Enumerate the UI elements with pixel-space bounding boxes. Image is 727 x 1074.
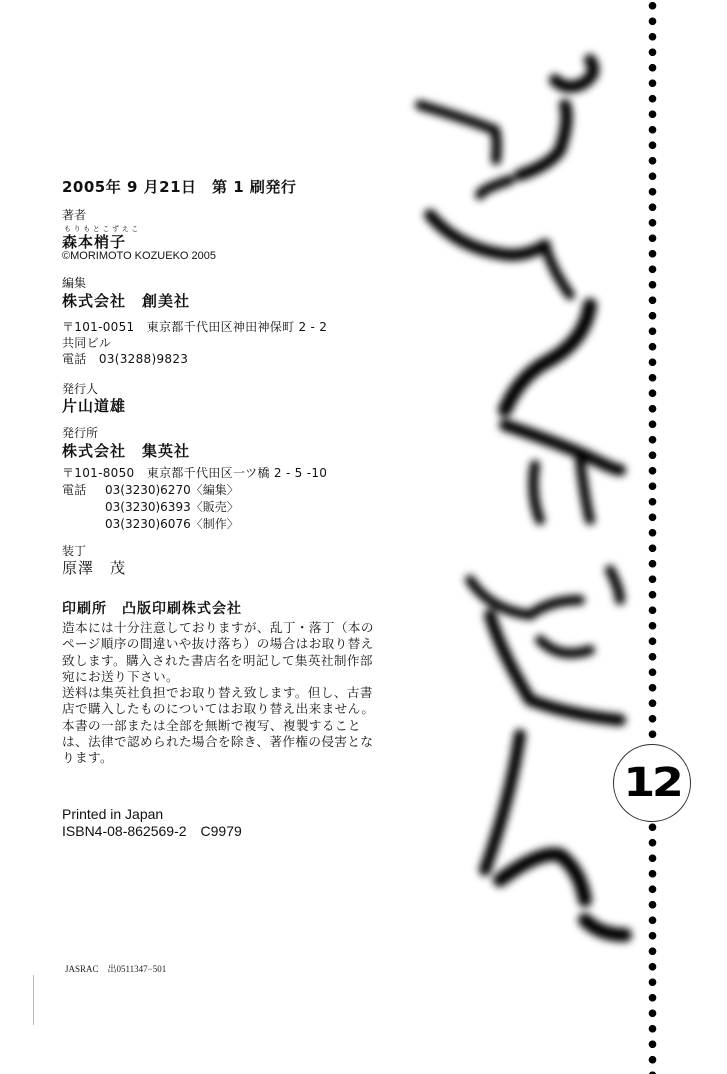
printer: 印刷所 凸版印刷株式会社 — [62, 598, 242, 618]
isbn: ISBN4-08-862569-2 C9979 — [62, 823, 242, 840]
jasrac-code: JASRAC 出0511347−501 — [65, 962, 166, 975]
author-name: 森本梢子 — [62, 231, 126, 252]
dotted-rule — [648, 0, 657, 1074]
publisher-tel-label: 電話 — [62, 481, 87, 498]
scan-gutter-line — [33, 975, 34, 1025]
publisher-label: 発行所 — [62, 424, 98, 441]
editor-company: 株式会社 創美社 — [62, 290, 190, 311]
title-shadow — [420, 60, 625, 935]
publisher-company: 株式会社 集英社 — [62, 440, 190, 461]
notice-paragraph-defects: 造本には十分注意しておりますが、乱丁・落丁（本のページ順序の間違いや抜け落ち）の… — [62, 620, 382, 685]
publisher-tel-sales: 03(3230)6393〈販売〉 — [105, 498, 239, 515]
publication-date: 2005年 9 月21日 第 1 刷発行 — [62, 176, 296, 197]
author-label: 著者 — [62, 206, 86, 223]
notice-text: 造本には十分注意しておりますが、乱丁・落丁（本のページ順序の間違いや抜け落ち）の… — [62, 620, 382, 767]
designer-name: 原澤 茂 — [62, 557, 126, 578]
print-info: Printed in Japan ISBN4-08-862569-2 C9979 — [62, 806, 242, 840]
title-art — [380, 0, 660, 1074]
editor-tel: 電話 03(3288)9823 — [62, 350, 188, 367]
publisher-person-name: 片山道雄 — [62, 395, 126, 416]
editor-building: 共同ビル — [62, 334, 111, 351]
publisher-tel-editorial: 03(3230)6270〈編集〉 — [105, 481, 239, 498]
volume-badge: 12 — [613, 744, 691, 822]
publisher-tel-production: 03(3230)6076〈制作〉 — [105, 515, 239, 532]
printed-in: Printed in Japan — [62, 806, 242, 823]
editor-address: 〒101-0051 東京都千代田区神田神保町 2 - 2 — [62, 318, 327, 335]
volume-number: 12 — [623, 760, 680, 806]
editor-label: 編集 — [62, 274, 86, 291]
notice-paragraph-shipping: 送料は集英社負担でお取り替え致します。但し、古書店で購入したものについてはお取り… — [62, 685, 382, 718]
notice-paragraph-copyright: 本書の一部または全部を無断で複写、複製することは、法律で認められた場合を除き、著… — [62, 718, 382, 767]
copyright-notice: ©MORIMOTO KOZUEKO 2005 — [62, 250, 216, 262]
publisher-address: 〒101-8050 東京都千代田区一ツ橋 2 - 5 -10 — [62, 464, 327, 481]
